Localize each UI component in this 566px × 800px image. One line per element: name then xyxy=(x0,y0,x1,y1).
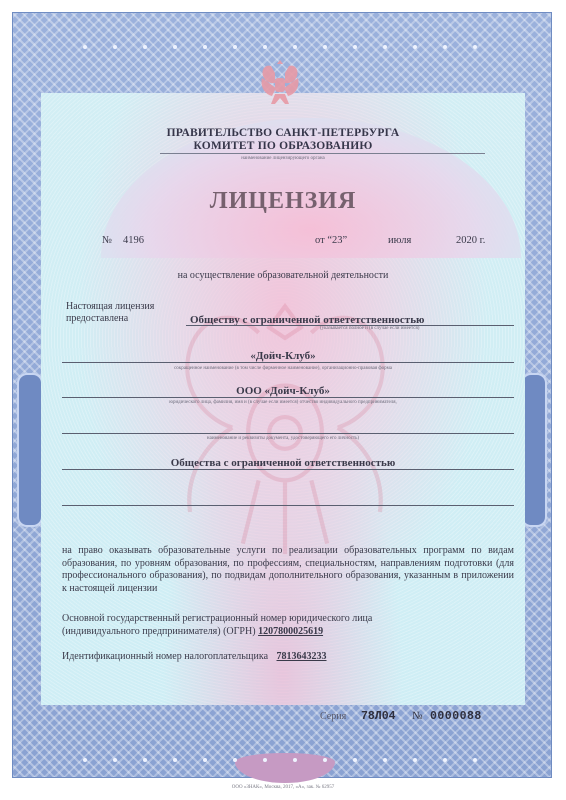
authority-underline xyxy=(160,153,485,154)
border-dot xyxy=(293,758,297,762)
legal-entity-caption: юридического лица, фамилия, имя и (в слу… xyxy=(0,400,566,405)
border-dot xyxy=(353,758,357,762)
document-title: ЛИЦЕНЗИЯ xyxy=(0,188,566,215)
border-dot xyxy=(443,45,447,49)
border-dot xyxy=(383,45,387,49)
coat-of-arms-icon xyxy=(257,58,303,108)
series-label: Серия xyxy=(320,711,346,722)
licensee-brand-name: ООО «Дойч-Клуб» xyxy=(0,385,566,397)
field-rule xyxy=(62,505,514,506)
ogrn-value: 1207800025619 xyxy=(258,626,323,637)
printer-imprint: ООО «ЗНАК», Москва, 2017, «А», зак. № 62… xyxy=(0,785,566,790)
field-rule xyxy=(62,362,514,363)
issue-date-year: 2020 г. xyxy=(456,235,485,246)
authority-name-line1: ПРАВИТЕЛЬСТВО САНКТ-ПЕТЕРБУРГА xyxy=(0,127,566,139)
blank-number: 0000088 xyxy=(430,710,482,723)
border-dot xyxy=(293,45,297,49)
bottom-oval-ornament xyxy=(235,753,335,783)
border-dot xyxy=(113,758,117,762)
border-dot xyxy=(383,758,387,762)
authority-name-line2: КОМИТЕТ ПО ОБРАЗОВАНИЮ xyxy=(0,140,566,152)
identity-document-caption: наименование и реквизиты документа, удос… xyxy=(0,436,566,441)
border-dot xyxy=(263,45,267,49)
border-dot xyxy=(233,45,237,49)
border-dot xyxy=(143,758,147,762)
licensee-legal-form: Общества с ограниченной ответственностью xyxy=(0,457,566,469)
border-dot xyxy=(143,45,147,49)
inn-label: Идентификационный номер налогоплательщик… xyxy=(62,651,268,662)
border-dot xyxy=(233,758,237,762)
ogrn-line2: (индивидуального предпринимателя) (ОГРН)… xyxy=(62,626,323,637)
border-dot xyxy=(203,758,207,762)
series-value: 78Л04 xyxy=(361,710,396,723)
border-dot xyxy=(203,45,207,49)
authority-caption: наименование лицензирующего органа xyxy=(0,156,566,161)
blank-number-label: № xyxy=(412,710,423,722)
border-dot xyxy=(173,758,177,762)
border-dot xyxy=(473,45,477,49)
border-dot xyxy=(263,758,267,762)
border-dot xyxy=(413,45,417,49)
license-number-label: № xyxy=(102,235,112,246)
full-name-caption: (указывается полное и (в случае если име… xyxy=(320,326,419,331)
granted-label-line1: Настоящая лицензия xyxy=(66,301,154,312)
border-dot xyxy=(413,758,417,762)
rights-statement: на право оказывать образовательные услуг… xyxy=(62,545,514,595)
ogrn-label-line2: (индивидуального предпринимателя) (ОГРН) xyxy=(62,626,256,637)
border-dot xyxy=(443,758,447,762)
inn-line: Идентификационный номер налогоплательщик… xyxy=(62,651,327,662)
border-dot xyxy=(323,758,327,762)
border-dot xyxy=(83,45,87,49)
granted-label-line2: предоставлена xyxy=(66,313,128,324)
border-dot xyxy=(113,45,117,49)
ogrn-label-line1: Основной государственный регистрационный… xyxy=(62,613,372,624)
border-dot xyxy=(173,45,177,49)
issue-date-day: от “23” xyxy=(315,235,347,246)
inn-value: 7813643233 xyxy=(277,651,327,662)
activity-type: на осуществление образовательной деятель… xyxy=(0,270,566,281)
license-number: 4196 xyxy=(123,235,144,246)
border-dot xyxy=(323,45,327,49)
short-name-caption: сокращенное наименование (в том числе фи… xyxy=(0,366,566,371)
field-rule xyxy=(62,397,514,398)
border-dot xyxy=(83,758,87,762)
border-dot xyxy=(473,758,477,762)
field-rule xyxy=(62,433,514,434)
field-rule xyxy=(62,469,514,470)
issue-date-month: июля xyxy=(388,235,411,246)
licensee-short-name: «Дойч-Клуб» xyxy=(0,350,566,362)
border-dot xyxy=(353,45,357,49)
